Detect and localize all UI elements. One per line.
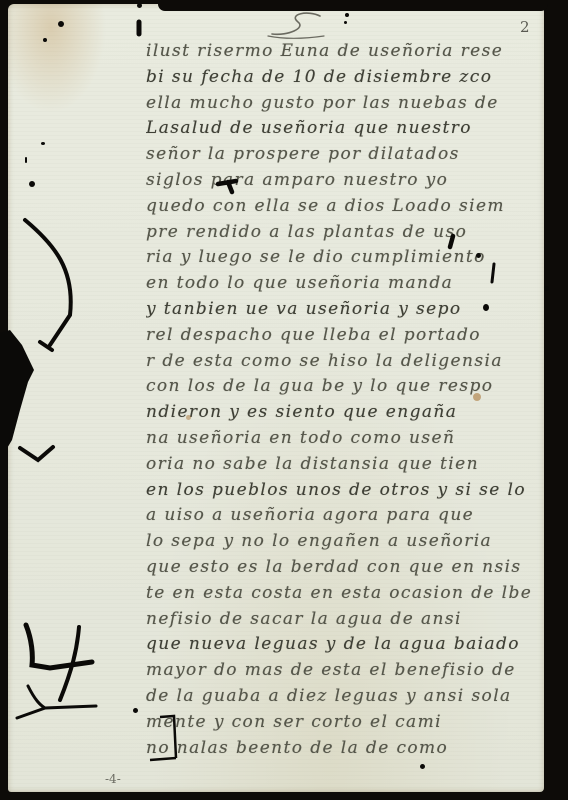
manuscript-text-block: ilust risermo Euna de useñoria rese bi s…: [146, 38, 568, 760]
manuscript-line: bi su fecha de 10 de disiembre zco: [146, 64, 568, 90]
manuscript-line: ria y luego se le dio cumplimiento: [146, 244, 568, 270]
page-number: 2: [520, 18, 530, 36]
manuscript-line: mente y con ser corto el cami: [146, 709, 568, 735]
ink-dot: [29, 181, 35, 187]
manuscript-line: y tanbien ue va useñoria y sepo: [146, 296, 568, 322]
ink-dot: [25, 157, 27, 163]
manuscript-line: rel despacho que lleba el portado: [146, 322, 568, 348]
ink-dot: [137, 3, 142, 8]
ink-dot: [58, 21, 64, 27]
manuscript-line: de la guaba a diez leguas y ansi sola: [146, 683, 568, 709]
manuscript-line: en los pueblos unos de otros y si se lo: [146, 477, 568, 503]
ink-dot: [476, 253, 481, 258]
manuscript-line: quedo con ella se a dios Loado siem: [146, 193, 568, 219]
manuscript-line: siglos para amparo nuestro yo: [146, 167, 568, 193]
foxing-stain: [473, 393, 481, 401]
manuscript-line: nefisio de sacar la agua de ansi: [146, 606, 568, 632]
foxing-stain: [186, 415, 191, 420]
manuscript-line: r de esta como se hiso la deligensia: [146, 348, 568, 374]
manuscript-line: con los de la gua be y lo que respo: [146, 373, 568, 399]
manuscript-line: ndieron y es siento que engaña: [146, 399, 568, 425]
manuscript-line: na useñoria en todo como useñ: [146, 425, 568, 451]
manuscript-line: Lasalud de useñoria que nuestro: [146, 115, 568, 141]
manuscript-line: lo sepa y no lo engañen a useñoria: [146, 528, 568, 554]
scan-top-edge: [158, 4, 548, 11]
ink-dot: [344, 21, 347, 24]
manuscript-line: te en esta costa en esta ocasion de lbe: [146, 580, 568, 606]
ink-dot: [345, 13, 349, 17]
ink-dot: [133, 708, 138, 713]
manuscript-line: a uiso a useñoria agora para que: [146, 502, 568, 528]
manuscript-line: ilust risermo Euna de useñoria rese: [146, 38, 568, 64]
manuscript-line: mayor do mas de esta el benefisio de: [146, 657, 568, 683]
ink-dot: [41, 142, 45, 145]
ink-dot: [483, 304, 489, 311]
manuscript-line: ella mucho gusto por las nuebas de: [146, 90, 568, 116]
manuscript-line: en todo lo que useñoria manda: [146, 270, 568, 296]
ink-dot: [43, 38, 47, 42]
header-flourish-mark: [258, 10, 348, 40]
folio-number: -4-: [105, 772, 121, 786]
manuscript-line: no nalas beento de la de como: [146, 735, 568, 761]
manuscript-page: 2 ilust risermo Euna de useñoria rese bi…: [8, 4, 544, 792]
manuscript-line: que esto es la berdad con que en nsis: [146, 554, 568, 580]
ink-dot: [544, 286, 549, 291]
manuscript-line: oria no sabe la distansia que tien: [146, 451, 568, 477]
manuscript-line: pre rendido a las plantas de uso: [146, 219, 568, 245]
ink-dot: [420, 764, 425, 769]
manuscript-line: señor la prospere por dilatados: [146, 141, 568, 167]
manuscript-line: que nueva leguas y de la agua baiado: [146, 631, 568, 657]
